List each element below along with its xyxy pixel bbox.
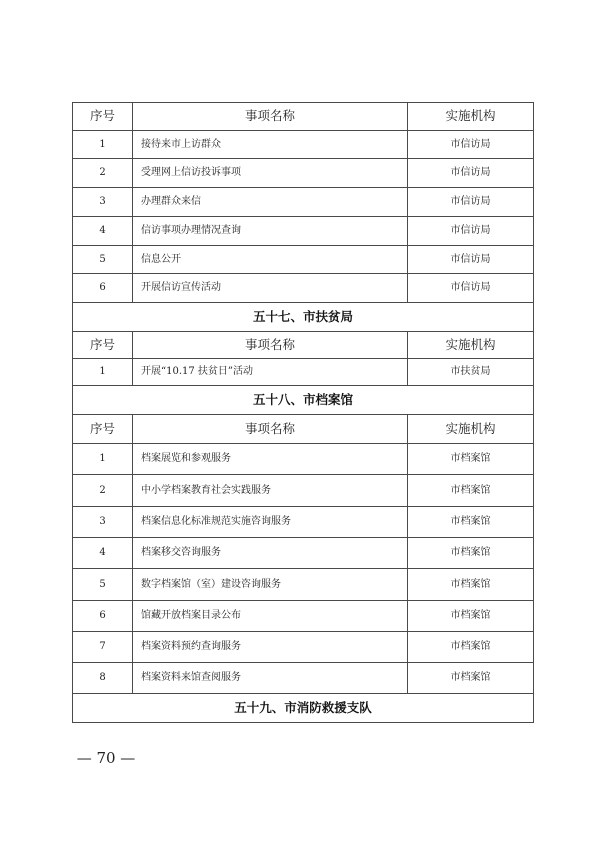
row-name: 信息公开: [133, 246, 408, 274]
table-row: 7 档案资料预约查询服务 市档案馆: [73, 632, 534, 663]
row-name: 受理网上信访投诉事项: [133, 159, 408, 188]
row-no: 1: [73, 359, 133, 386]
row-org: 市信访局: [408, 274, 534, 303]
table-header-row: 序号 事项名称 实施机构: [73, 103, 534, 131]
row-name: 档案信息化标准规范实施咨询服务: [133, 507, 408, 538]
header-name: 事项名称: [133, 415, 408, 444]
row-org: 市档案馆: [408, 569, 534, 601]
header-name: 事项名称: [133, 103, 408, 131]
row-no: 3: [73, 188, 133, 217]
row-no: 8: [73, 663, 133, 694]
table-row: 4 信访事项办理情况查询 市信访局: [73, 217, 534, 246]
row-no: 2: [73, 159, 133, 188]
row-no: 5: [73, 246, 133, 274]
row-name: 档案展览和参观服务: [133, 444, 408, 475]
table-row: 4 档案移交咨询服务 市档案馆: [73, 538, 534, 569]
row-no: 1: [73, 131, 133, 159]
row-name: 档案资料来馆查阅服务: [133, 663, 408, 694]
table-row: 2 受理网上信访投诉事项 市信访局: [73, 159, 534, 188]
row-org: 市档案馆: [408, 507, 534, 538]
row-no: 4: [73, 538, 133, 569]
table-row: 5 信息公开 市信访局: [73, 246, 534, 274]
row-org: 市信访局: [408, 159, 534, 188]
table-header-row: 序号 事项名称 实施机构: [73, 332, 534, 359]
row-name: 接待来市上访群众: [133, 131, 408, 159]
table-row: 5 数字档案馆（室）建设咨询服务 市档案馆: [73, 569, 534, 601]
header-no: 序号: [73, 103, 133, 131]
header-no: 序号: [73, 415, 133, 444]
row-name: 信访事项办理情况查询: [133, 217, 408, 246]
row-name: 档案资料预约查询服务: [133, 632, 408, 663]
section-heading-row: 五十八、市档案馆: [73, 386, 534, 415]
header-org: 实施机构: [408, 415, 534, 444]
header-no: 序号: [73, 332, 133, 359]
row-name: 数字档案馆（室）建设咨询服务: [133, 569, 408, 601]
row-org: 市信访局: [408, 217, 534, 246]
row-no: 7: [73, 632, 133, 663]
row-org: 市信访局: [408, 188, 534, 217]
page-number: — 70 —: [76, 749, 136, 767]
row-name: 中小学档案教育社会实践服务: [133, 475, 408, 507]
row-no: 1: [73, 444, 133, 475]
table-row: 8 档案资料来馆查阅服务 市档案馆: [73, 663, 534, 694]
table-row: 1 档案展览和参观服务 市档案馆: [73, 444, 534, 475]
section-title-fupin: 五十七、市扶贫局: [73, 303, 534, 332]
header-org: 实施机构: [408, 332, 534, 359]
row-name: 办理群众来信: [133, 188, 408, 217]
row-no: 3: [73, 507, 133, 538]
row-org: 市档案馆: [408, 632, 534, 663]
row-name: 档案移交咨询服务: [133, 538, 408, 569]
row-org: 市档案馆: [408, 663, 534, 694]
table-row: 2 中小学档案教育社会实践服务 市档案馆: [73, 475, 534, 507]
table-row: 6 馆藏开放档案目录公布 市档案馆: [73, 601, 534, 632]
row-no: 6: [73, 601, 133, 632]
row-org: 市信访局: [408, 131, 534, 159]
section-heading-row: 五十九、市消防救援支队: [73, 694, 534, 723]
row-org: 市档案馆: [408, 538, 534, 569]
table-header-row: 序号 事项名称 实施机构: [73, 415, 534, 444]
table-row: 6 开展信访宣传活动 市信访局: [73, 274, 534, 303]
section-title-dangan: 五十八、市档案馆: [73, 386, 534, 415]
row-org: 市档案馆: [408, 601, 534, 632]
row-org: 市档案馆: [408, 444, 534, 475]
section-heading-row: 五十七、市扶贫局: [73, 303, 534, 332]
header-name: 事项名称: [133, 332, 408, 359]
table-row: 1 接待来市上访群众 市信访局: [73, 131, 534, 159]
row-no: 2: [73, 475, 133, 507]
section-title-xiaofang: 五十九、市消防救援支队: [73, 694, 534, 723]
row-no: 5: [73, 569, 133, 601]
row-name: 开展“10.17 扶贫日”活动: [133, 359, 408, 386]
table-row: 3 办理群众来信 市信访局: [73, 188, 534, 217]
row-name: 开展信访宣传活动: [133, 274, 408, 303]
row-org: 市扶贫局: [408, 359, 534, 386]
header-org: 实施机构: [408, 103, 534, 131]
row-no: 4: [73, 217, 133, 246]
row-name: 馆藏开放档案目录公布: [133, 601, 408, 632]
table-row: 3 档案信息化标准规范实施咨询服务 市档案馆: [73, 507, 534, 538]
table-row: 1 开展“10.17 扶贫日”活动 市扶贫局: [73, 359, 534, 386]
row-org: 市信访局: [408, 246, 534, 274]
row-no: 6: [73, 274, 133, 303]
row-org: 市档案馆: [408, 475, 534, 507]
services-table: 序号 事项名称 实施机构 1 接待来市上访群众 市信访局 2 受理网上信访投诉事…: [72, 102, 534, 723]
